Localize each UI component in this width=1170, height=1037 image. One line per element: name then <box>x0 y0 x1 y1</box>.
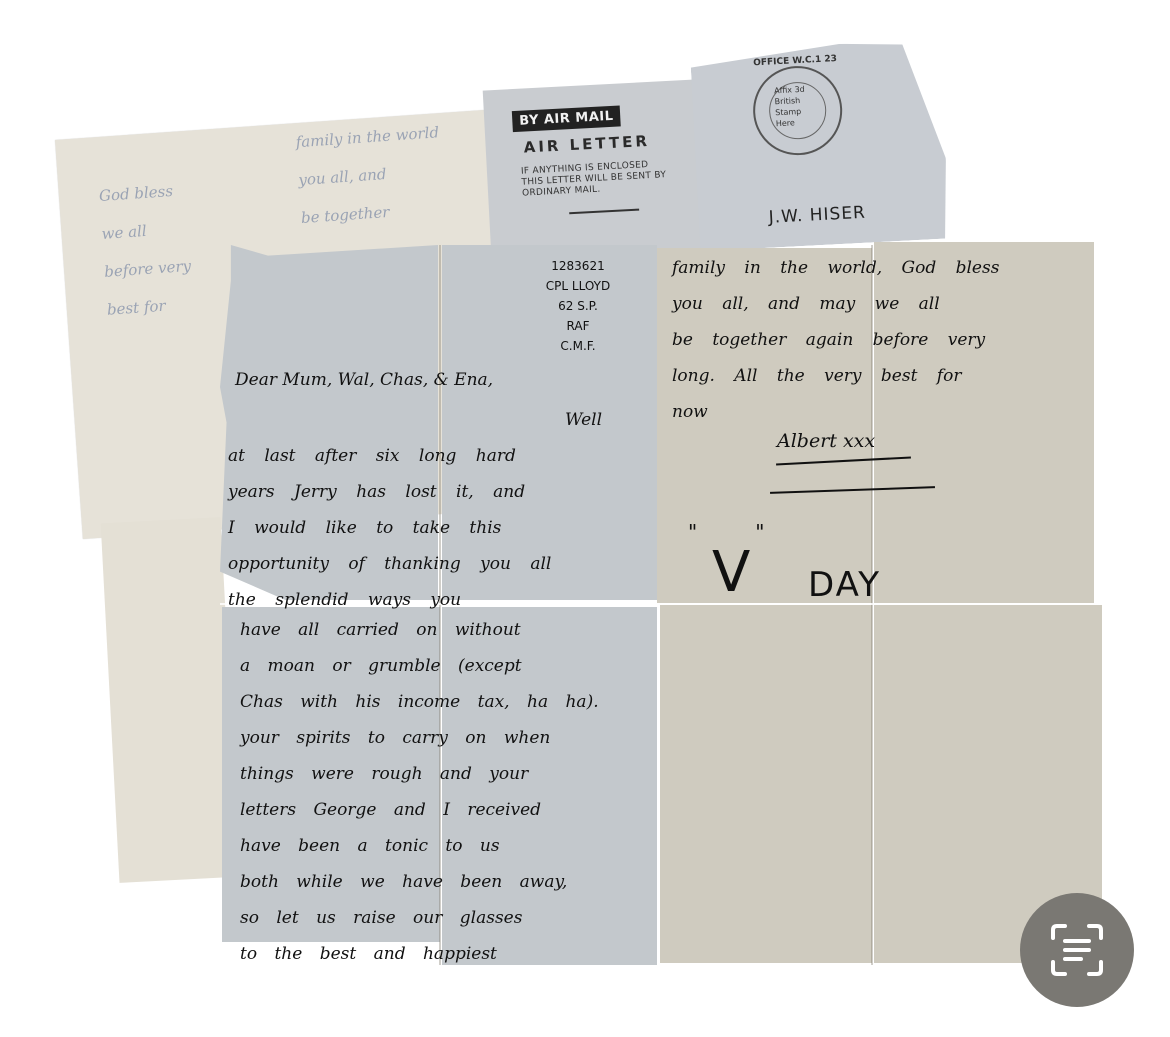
v-day-v: V <box>712 540 750 605</box>
live-text-scan-button[interactable] <box>1020 893 1134 1007</box>
postmark-ring-text: OFFICE W.C.1 23 <box>752 54 837 68</box>
divider-line <box>569 209 639 215</box>
by-air-mail-badge: BY AIR MAIL <box>512 105 621 132</box>
stamp-address-panel: OFFICE W.C.1 23 Affix 3d British Stamp H… <box>690 39 950 252</box>
v-day-quotes: "" <box>688 520 822 544</box>
letter-opening-word: Well <box>565 402 602 438</box>
air-letter-panel: BY AIR MAIL AIR LETTER IF ANYTHING IS EN… <box>483 80 702 261</box>
recipient-name: J.W. HISER <box>768 203 866 228</box>
letter-page3-body: family in the world, God bless you all, … <box>672 250 1092 430</box>
letter-page1-body: at last after six long hard years Jerry … <box>228 438 648 618</box>
letter-greeting: Dear Mum, Wal, Chas, & Ena, <box>235 362 493 398</box>
back-letter-lower-sheet <box>101 517 240 883</box>
faded-handwriting-left: God bless we all before very best for <box>98 171 195 329</box>
air-letter-title: AIR LETTER <box>523 132 650 157</box>
sender-address: 1283621 CPL LLOYD 62 S.P. RAF C.M.F. <box>518 256 638 356</box>
live-text-scan-icon <box>1047 920 1107 980</box>
signature: Albert xxx <box>777 430 875 452</box>
affix-stamp-text: Affix 3d British Stamp Here <box>774 82 836 129</box>
air-letter-note: IF ANYTHING IS ENCLOSED THIS LETTER WILL… <box>521 159 673 200</box>
faded-handwriting-right: family in the world you all, and be toge… <box>294 113 445 237</box>
letter-page2-body: have all carried on without a moan or gr… <box>240 612 650 972</box>
letter-panel-bottom-right-a <box>660 605 872 963</box>
v-day-day: DAY <box>808 565 881 605</box>
